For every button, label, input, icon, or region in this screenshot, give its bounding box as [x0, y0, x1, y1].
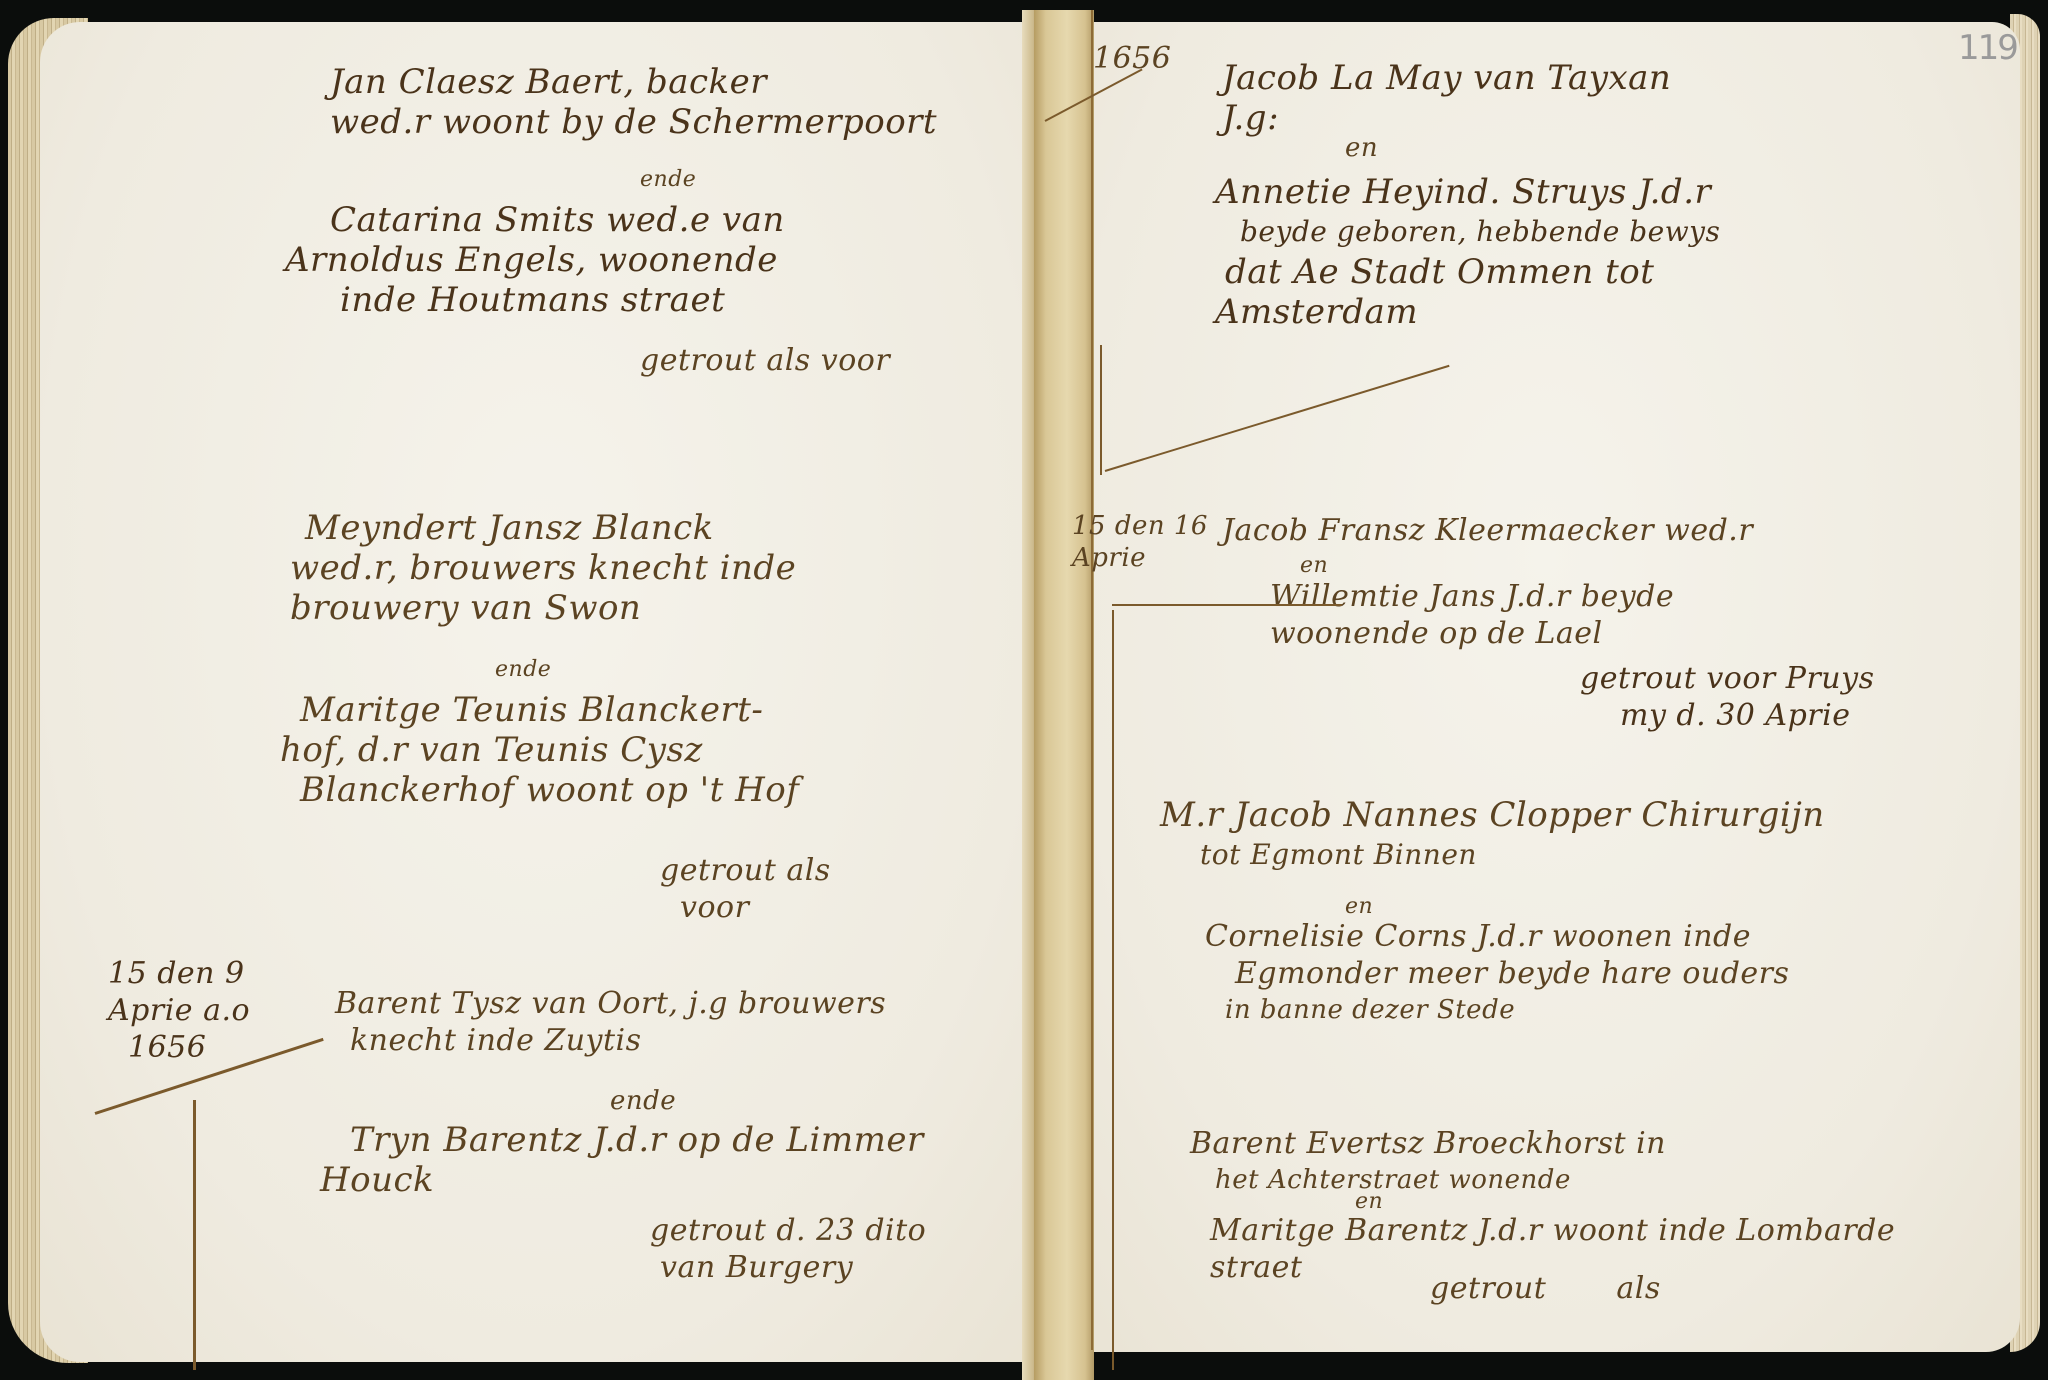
groom-line: wed.r, brouwers knecht inde [290, 548, 796, 588]
bride-line: dat Ae Stadt Ommen tot [1215, 252, 1720, 292]
groom-line: M.r Jacob Nannes Clopper Chirurgijn [1160, 795, 1825, 835]
remark-line: getrout d. 23 dito [650, 1212, 926, 1249]
entry-2-conjunction: ende [495, 656, 551, 684]
entry-r2-margin-date: 15 den 16 Aprie [1072, 510, 1208, 574]
entry-3-bride: Tryn Barentz J.d.r op de Limmer Houck [320, 1120, 924, 1200]
entry-1-bride: Catarina Smits wed.e van Arnoldus Engels… [285, 200, 785, 320]
remark-line: als [1556, 1271, 1660, 1306]
right-margin-rule [1091, 10, 1093, 1350]
bride-line: Annetie Heyind. Struys J.d.r [1215, 172, 1720, 212]
remark-line: getrout [1430, 1271, 1546, 1306]
entry-r2-bride: Willemtie Jans J.d.r beyde woonende op d… [1270, 578, 1674, 652]
bride-line: Houck [320, 1160, 924, 1200]
bride-line: Blanckerhof woont op 't Hof [280, 770, 799, 810]
groom-line: J.g: [1222, 98, 1671, 138]
margin-vertical-rule [1100, 345, 1102, 475]
entry-3-remark: getrout d. 23 dito van Burgery [650, 1212, 926, 1286]
remark-line: my d. 30 Aprie [1580, 697, 1874, 734]
remark-line: getrout voor Pruys [1580, 660, 1874, 697]
bride-line: Catarina Smits wed.e van [285, 200, 785, 240]
entry-1-groom: Jan Claesz Baert, backer wed.r woont by … [330, 62, 937, 142]
entry-2-groom: Meyndert Jansz Blanck wed.r, brouwers kn… [290, 508, 796, 628]
bride-line: Egmonder meer beyde hare ouders [1205, 955, 1789, 992]
groom-line: knecht inde Zuytis [335, 1022, 886, 1059]
bride-line: beyde geboren, hebbende bewys [1215, 212, 1720, 252]
groom-line: Barent Evertsz Broeckhorst in [1190, 1125, 1666, 1162]
entry-r1-conjunction: en [1345, 132, 1378, 164]
entry-r3-conjunction: en [1345, 893, 1373, 921]
groom-line: Jan Claesz Baert, backer [330, 62, 937, 102]
groom-line: wed.r woont by de Schermerpoort [330, 102, 937, 142]
bride-line: in banne dezer Stede [1205, 992, 1789, 1029]
entry-3-conjunction: ende [610, 1085, 676, 1117]
margin-vertical-rule [1112, 610, 1114, 1370]
entry-r4-remark: getrout als [1430, 1270, 1661, 1307]
margin-date-line: 1656 [108, 1029, 250, 1066]
groom-line: brouwery van Swon [290, 588, 796, 628]
groom-line: Jacob Fransz Kleermaecker wed.r [1222, 512, 1753, 549]
entry-r2-groom: Jacob Fransz Kleermaecker wed.r [1222, 512, 1753, 549]
bride-line: inde Houtmans straet [285, 280, 785, 320]
groom-line: het Achterstraet wonende [1190, 1162, 1666, 1199]
bracket-line [1112, 604, 1342, 606]
entry-r3-bride: Cornelisie Corns J.d.r woonen inde Egmon… [1205, 918, 1789, 1029]
remark-line: voor [660, 889, 831, 926]
margin-date-line: 15 den 9 [108, 955, 250, 992]
bride-line: Willemtie Jans J.d.r beyde [1270, 578, 1674, 615]
entry-r2-remark: getrout voor Pruys my d. 30 Aprie [1580, 660, 1874, 734]
remark-line: van Burgery [650, 1249, 926, 1286]
margin-date-line: Aprie a.o [108, 992, 250, 1029]
bride-line: Maritge Teunis Blanckert- [280, 690, 799, 730]
open-register-book: Jan Claesz Baert, backer wed.r woont by … [0, 0, 2048, 1380]
bride-line: Tryn Barentz J.d.r op de Limmer [320, 1120, 924, 1160]
groom-line: Meyndert Jansz Blanck [290, 508, 796, 548]
groom-line: Barent Tysz van Oort, j.g brouwers [335, 985, 886, 1022]
margin-vertical-rule [193, 1100, 196, 1370]
entry-r1-margin-year: 1656 [1093, 40, 1171, 77]
bride-line: Arnoldus Engels, woonende [285, 240, 785, 280]
margin-date-line: Aprie [1072, 542, 1208, 574]
entry-r1-bride: Annetie Heyind. Struys J.d.r beyde gebor… [1215, 172, 1720, 332]
bride-line: woonende op de Lael [1270, 615, 1674, 652]
entry-1-remark: getrout als voor [640, 342, 890, 379]
margin-date-line: 15 den 16 [1072, 510, 1208, 542]
entry-2-bride: Maritge Teunis Blanckert- hof, d.r van T… [280, 690, 799, 810]
groom-line: tot Egmont Binnen [1160, 835, 1825, 875]
book-spine-gutter [1034, 10, 1094, 1380]
bride-line: Cornelisie Corns J.d.r woonen inde [1205, 918, 1789, 955]
remark-line: getrout als [660, 852, 831, 889]
groom-line: Jacob La May van Tayxan [1222, 58, 1671, 98]
folio-number: 119 [1958, 28, 2017, 68]
entry-r4-groom: Barent Evertsz Broeckhorst in het Achter… [1190, 1125, 1666, 1199]
entry-r3-groom: M.r Jacob Nannes Clopper Chirurgijn tot … [1160, 795, 1825, 875]
bride-line: Maritge Barentz J.d.r woont inde Lombard… [1210, 1212, 1895, 1249]
entry-3-margin-date: 15 den 9 Aprie a.o 1656 [108, 955, 250, 1066]
bride-line: hof, d.r van Teunis Cysz [280, 730, 799, 770]
bride-line: Amsterdam [1215, 292, 1720, 332]
entry-2-remark: getrout als voor [660, 852, 831, 926]
entry-3-groom: Barent Tysz van Oort, j.g brouwers knech… [335, 985, 886, 1059]
entry-r2-conjunction: en [1300, 552, 1328, 580]
entry-r1-groom: Jacob La May van Tayxan J.g: [1222, 58, 1671, 138]
entry-1-conjunction: ende [640, 166, 696, 194]
